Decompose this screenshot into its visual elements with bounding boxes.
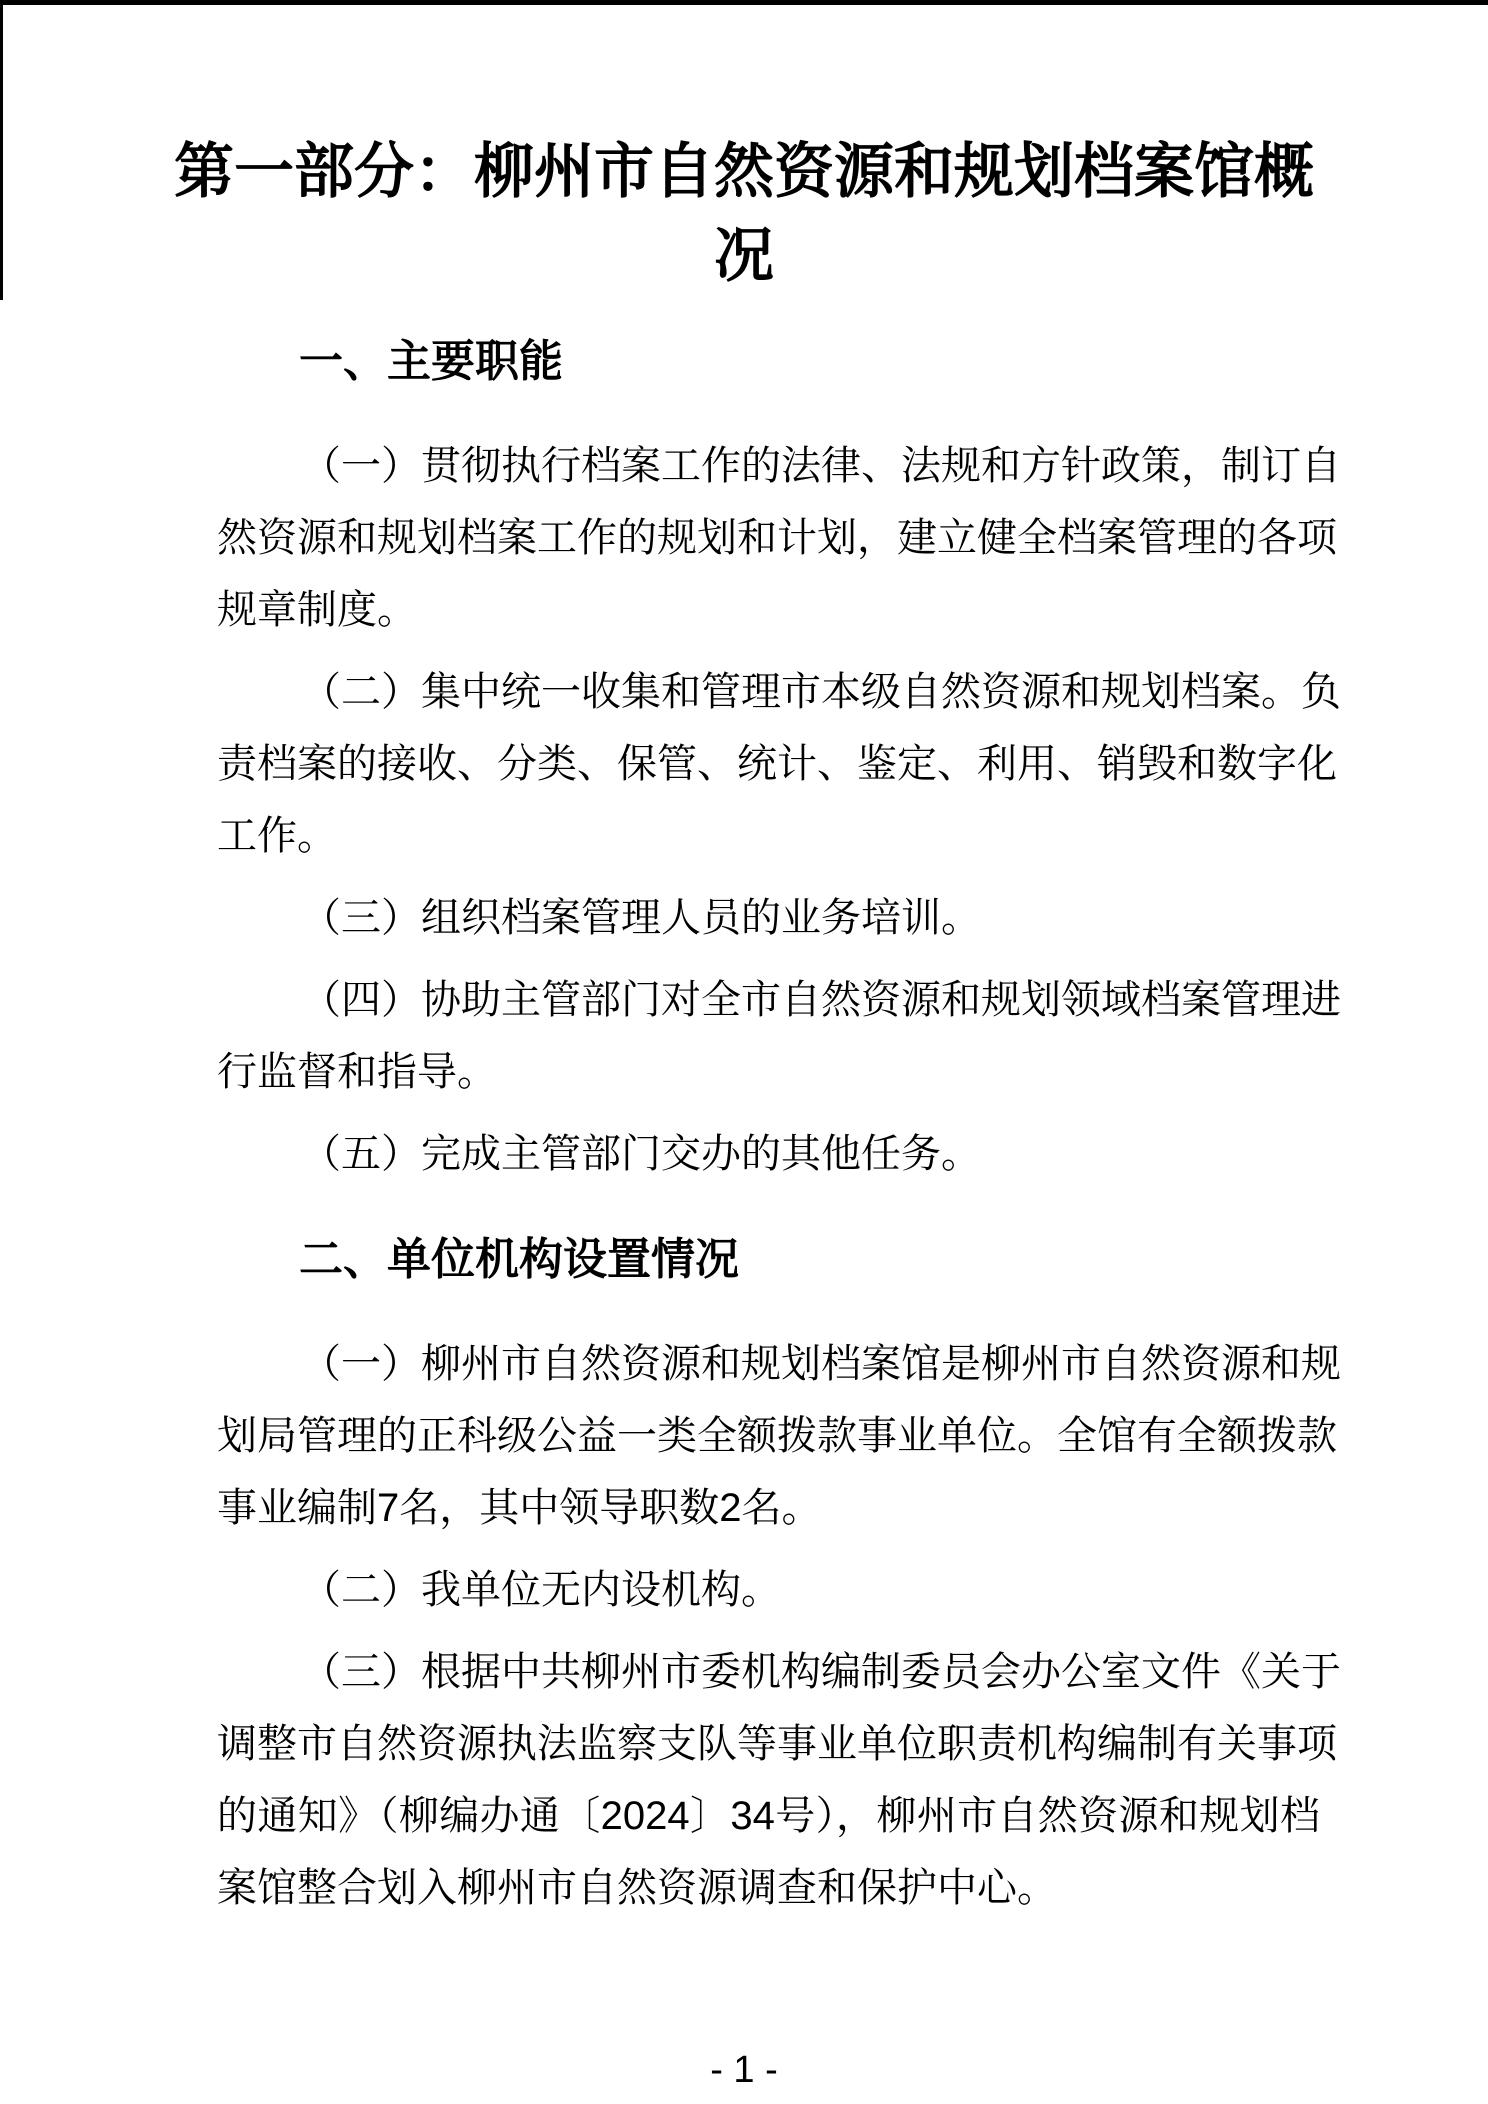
section-heading: 二、单位机构设置情况 <box>217 1224 1320 1296</box>
text-line: 案馆整合划入柳州市自然资源调查和保护中心。 <box>217 1852 1320 1924</box>
paragraph: （二）我单位无内设机构。 <box>217 1554 1320 1626</box>
paragraph: （三）根据中共柳州市委机构编制委员会办公室文件《关于调整市自然资源执法监察支队等… <box>217 1636 1320 1924</box>
paragraph: （一）贯彻执行档案工作的法律、法规和方针政策，制订自然资源和规划档案工作的规划和… <box>217 430 1320 646</box>
text-line: 然资源和规划档案工作的规划和计划，建立健全档案管理的各项 <box>217 502 1320 574</box>
paragraph: （二）集中统一收集和管理市本级自然资源和规划档案。负责档案的接收、分类、保管、统… <box>217 656 1320 872</box>
paragraph: （五）完成主管部门交办的其他任务。 <box>217 1118 1320 1190</box>
text-line: （三）根据中共柳州市委机构编制委员会办公室文件《关于 <box>217 1636 1320 1708</box>
title-line: 第一部分：柳州市自然资源和规划档案馆概 <box>84 130 1404 214</box>
text-line: 责档案的接收、分类、保管、统计、鉴定、利用、销毁和数字化 <box>217 728 1320 800</box>
paragraph: （一）柳州市自然资源和规划档案馆是柳州市自然资源和规划局管理的正科级公益一类全额… <box>217 1328 1320 1544</box>
text-line: 行监督和指导。 <box>217 1036 1320 1108</box>
text-line: 的通知》（柳编办通〔2024〕34号），柳州市自然资源和规划档 <box>217 1780 1320 1852</box>
scan-edge-left <box>0 0 3 300</box>
text-line: 工作。 <box>217 800 1320 872</box>
text-line: （五）完成主管部门交办的其他任务。 <box>217 1118 1320 1190</box>
section-heading: 一、主要职能 <box>217 326 1320 398</box>
section-2: 二、单位机构设置情况（一）柳州市自然资源和规划档案馆是柳州市自然资源和规划局管理… <box>217 1224 1320 1924</box>
title-line: 况 <box>84 214 1404 298</box>
text-line: （三）组织档案管理人员的业务培训。 <box>217 882 1320 954</box>
section-1: 一、主要职能（一）贯彻执行档案工作的法律、法规和方针政策，制订自然资源和规划档案… <box>217 326 1320 1190</box>
document-body: 一、主要职能（一）贯彻执行档案工作的法律、法规和方针政策，制订自然资源和规划档案… <box>217 326 1320 1924</box>
document-page: 第一部分：柳州市自然资源和规划档案馆概况 一、主要职能（一）贯彻执行档案工作的法… <box>0 0 1488 2104</box>
text-line: （一）柳州市自然资源和规划档案馆是柳州市自然资源和规 <box>217 1328 1320 1400</box>
text-line: 划局管理的正科级公益一类全额拨款事业单位。全馆有全额拨款 <box>217 1400 1320 1472</box>
page-number: - 1 - <box>0 2050 1488 2090</box>
text-line: （二）我单位无内设机构。 <box>217 1554 1320 1626</box>
text-line: （四）协助主管部门对全市自然资源和规划领域档案管理进 <box>217 964 1320 1036</box>
text-line: 事业编制7名，其中领导职数2名。 <box>217 1472 1320 1544</box>
text-line: （二）集中统一收集和管理市本级自然资源和规划档案。负 <box>217 656 1320 728</box>
text-line: （一）贯彻执行档案工作的法律、法规和方针政策，制订自 <box>217 430 1320 502</box>
scan-edge-top <box>0 0 1488 5</box>
paragraph: （三）组织档案管理人员的业务培训。 <box>217 882 1320 954</box>
document-title: 第一部分：柳州市自然资源和规划档案馆概况 <box>84 130 1404 298</box>
text-line: 调整市自然资源执法监察支队等事业单位职责机构编制有关事项 <box>217 1708 1320 1780</box>
paragraph: （四）协助主管部门对全市自然资源和规划领域档案管理进行监督和指导。 <box>217 964 1320 1108</box>
text-line: 规章制度。 <box>217 574 1320 646</box>
